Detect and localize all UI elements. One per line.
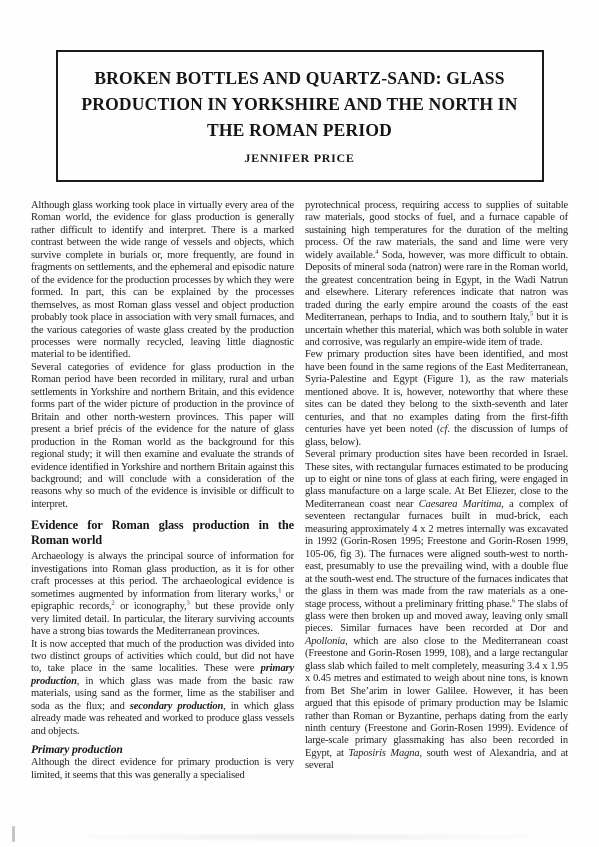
two-column-body: Although glass working took place in vir…	[31, 200, 568, 782]
title-box: BROKEN BOTTLES AND QUARTZ-SAND: GLASS PR…	[56, 50, 544, 182]
paragraph-intro: Although glass working took place in vir…	[31, 200, 294, 362]
left-column: Although glass working took place in vir…	[31, 200, 294, 782]
subsection-heading-primary-production: Primary production	[31, 743, 294, 756]
paragraph-overview: Several categories of evidence for glass…	[31, 362, 294, 511]
right-column: pyrotechnical process, requiring access …	[305, 200, 568, 782]
paragraph-archaeology: Archaeology is always the principal sour…	[31, 551, 294, 638]
scan-artifact-smudge	[40, 832, 570, 842]
author-name: JENNIFER PRICE	[74, 151, 526, 166]
paragraph-few-sites: Few primary production sites have been i…	[305, 349, 568, 449]
paragraph-pyrotechnical: pyrotechnical process, requiring access …	[305, 200, 568, 349]
scanned-paper-page: BROKEN BOTTLES AND QUARTZ-SAND: GLASS PR…	[0, 0, 599, 847]
scan-artifact-mark	[12, 826, 15, 842]
paragraph-primary-production-start: Although the direct evidence for primary…	[31, 757, 294, 782]
paragraph-israel-sites: Several primary production sites have be…	[305, 449, 568, 773]
section-heading-evidence: Evidence for Roman glass production in t…	[31, 518, 294, 548]
paragraph-production-groups: It is now accepted that much of the prod…	[31, 639, 294, 739]
page-title: BROKEN BOTTLES AND QUARTZ-SAND: GLASS PR…	[74, 65, 526, 143]
